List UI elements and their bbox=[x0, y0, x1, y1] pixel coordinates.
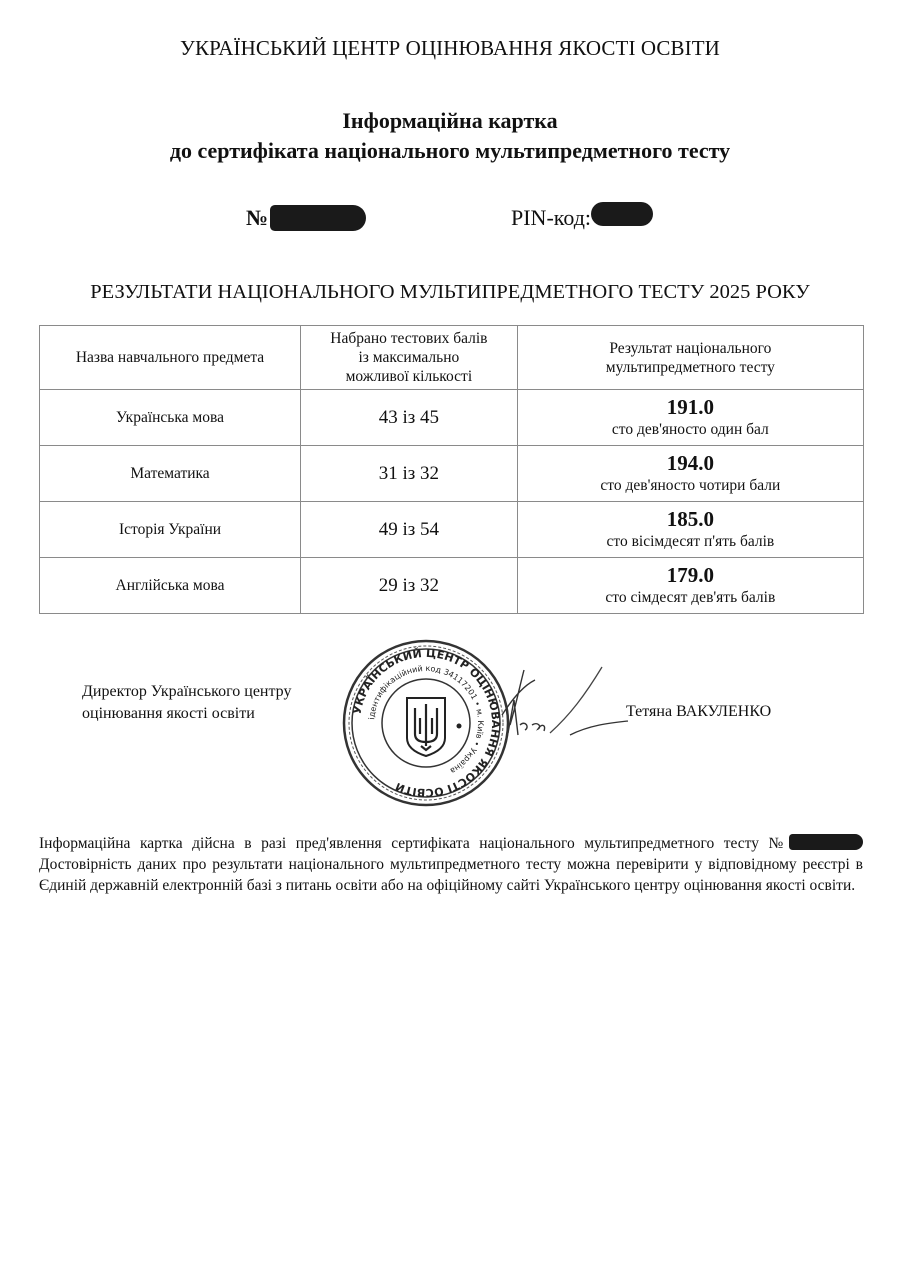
certificate-number: № bbox=[246, 205, 366, 231]
column-header-text: Результат національного мультипредметног… bbox=[585, 339, 795, 377]
subject-cell: Англійська мова bbox=[40, 558, 301, 614]
table-row: Математика31 із 32194.0сто дев'яносто чо… bbox=[40, 446, 864, 502]
director-position: Директор Українського центру оцінювання … bbox=[82, 681, 291, 725]
trident-emblem-icon bbox=[407, 698, 445, 756]
redacted-number bbox=[270, 205, 366, 231]
pin-label: PIN-код: bbox=[511, 205, 591, 231]
results-table: Назва навчального предмета Набрано тесто… bbox=[39, 325, 864, 614]
results-title: РЕЗУЛЬТАТИ НАЦІОНАЛЬНОГО МУЛЬТИПРЕДМЕТНО… bbox=[0, 281, 900, 304]
rating-words: сто дев'яносто чотири бали bbox=[518, 475, 863, 497]
subject-cell: Математика bbox=[40, 446, 301, 502]
pin-code: PIN-код: bbox=[511, 205, 653, 231]
table-header-row: Назва навчального предмета Набрано тесто… bbox=[40, 326, 864, 390]
organization-title: УКРАЇНСЬКИЙ ЦЕНТР ОЦІНЮВАННЯ ЯКОСТІ ОСВІ… bbox=[0, 36, 900, 61]
subject-cell: Українська мова bbox=[40, 390, 301, 446]
rating-cell: 185.0сто вісімдесят п'ять балів bbox=[517, 502, 863, 558]
column-header-score: Набрано тестових балів із максимально мо… bbox=[301, 326, 518, 390]
redacted-number bbox=[789, 834, 863, 850]
rating-cell: 179.0сто сімдесят дев'ять балів bbox=[517, 558, 863, 614]
card-title-line1: Інформаційна картка bbox=[0, 106, 900, 136]
score-cell: 29 із 32 bbox=[301, 558, 518, 614]
raw-score: 31 із 32 bbox=[379, 463, 439, 484]
footer-note-part1: Інформаційна картка дійсна в разі пред'я… bbox=[39, 835, 789, 852]
subject-name: Історія України bbox=[119, 521, 221, 538]
column-header-text: Набрано тестових балів із максимально мо… bbox=[329, 329, 489, 386]
director-position-line2: оцінювання якості освіти bbox=[82, 703, 291, 725]
rating-cell: 191.0сто дев'яносто один бал bbox=[517, 390, 863, 446]
column-header-result: Результат національного мультипредметног… bbox=[517, 326, 863, 390]
identifiers: № PIN-код: bbox=[0, 205, 900, 239]
score-cell: 49 із 54 bbox=[301, 502, 518, 558]
rating-value: 194.0 bbox=[518, 451, 863, 475]
subject-name: Математика bbox=[130, 465, 209, 482]
director-position-line1: Директор Українського центру bbox=[82, 681, 291, 703]
footer-note: Інформаційна картка дійсна в разі пред'я… bbox=[39, 833, 863, 896]
raw-score: 43 із 45 bbox=[379, 407, 439, 428]
results-body: Українська мова43 із 45191.0сто дев'янос… bbox=[40, 390, 864, 614]
rating-value: 191.0 bbox=[518, 395, 863, 419]
rating-value: 185.0 bbox=[518, 507, 863, 531]
score-cell: 31 із 32 bbox=[301, 446, 518, 502]
rating-value: 179.0 bbox=[518, 563, 863, 587]
raw-score: 29 із 32 bbox=[379, 575, 439, 596]
rating-cell: 194.0сто дев'яносто чотири бали bbox=[517, 446, 863, 502]
table-row: Українська мова43 із 45191.0сто дев'янос… bbox=[40, 390, 864, 446]
card-title-line2: до сертифіката національного мультипредм… bbox=[0, 136, 900, 166]
column-header-subject: Назва навчального предмета bbox=[40, 326, 301, 390]
footer-note-part2: Достовірність даних про результати націо… bbox=[39, 856, 863, 894]
table-row: Історія України49 із 54185.0сто вісімдес… bbox=[40, 502, 864, 558]
subject-name: Англійська мова bbox=[116, 577, 225, 594]
subject-name: Українська мова bbox=[116, 409, 224, 426]
rating-words: сто дев'яносто один бал bbox=[518, 419, 863, 441]
table-row: Англійська мова29 із 32179.0сто сімдесят… bbox=[40, 558, 864, 614]
number-label: № bbox=[246, 205, 268, 231]
column-header-text: Назва навчального предмета bbox=[76, 349, 264, 366]
director-signature bbox=[480, 655, 630, 745]
director-name: Тетяна ВАКУЛЕНКО bbox=[626, 703, 771, 721]
rating-words: сто вісімдесят п'ять балів bbox=[518, 531, 863, 553]
score-cell: 43 із 45 bbox=[301, 390, 518, 446]
card-title: Інформаційна картка до сертифіката націо… bbox=[0, 106, 900, 166]
raw-score: 49 із 54 bbox=[379, 519, 439, 540]
rating-words: сто сімдесят дев'ять балів bbox=[518, 587, 863, 609]
subject-cell: Історія України bbox=[40, 502, 301, 558]
redacted-pin bbox=[591, 202, 653, 226]
